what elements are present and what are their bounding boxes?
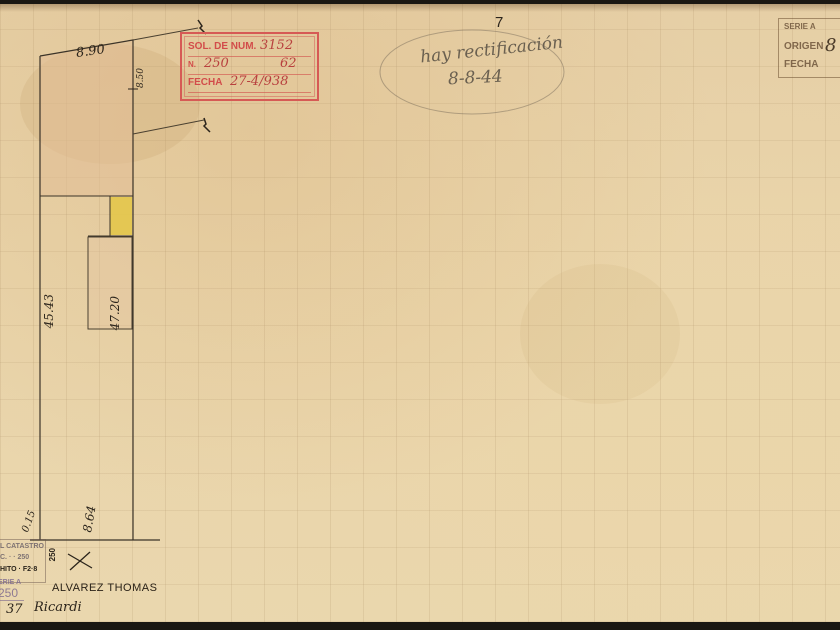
stamp-value-number: 250 <box>204 55 229 73</box>
origin-stamp-label: ORIGEN <box>784 41 823 52</box>
stamp-label-fecha: FECHA <box>188 74 222 92</box>
highlighted-lot <box>110 197 132 235</box>
street-number: 250 <box>48 548 57 561</box>
document-sheet: SOL. DE NUM. 3152 N. 250 62 FECHA 27-4/9… <box>0 4 840 622</box>
signature-number: 37 <box>6 602 23 617</box>
dimension-side-small: 8.50 <box>136 68 146 88</box>
page-number: 7 <box>495 14 503 31</box>
catastro-footer: ERIE A 250 <box>0 579 24 601</box>
catastro-stamp: L CATASTRO C. · · 250 HITO · F2·8 <box>0 539 46 583</box>
dimension-inner-depth: 47.20 <box>108 296 122 330</box>
catastro-line2: C. · · 250 <box>0 554 29 561</box>
origin-stamp-series: SERIE A <box>784 22 816 31</box>
catastro-number: 250 <box>0 586 24 601</box>
stamp-label-number: N. <box>188 56 196 74</box>
catastro-series: ERIE A <box>0 579 24 586</box>
signature-name: Ricardi <box>34 600 82 615</box>
red-registration-stamp: SOL. DE NUM. 3152 N. 250 62 FECHA 27-4/9… <box>180 32 319 101</box>
stamp-value-sol-num: 3152 <box>260 37 293 55</box>
origin-stamp-fecha: FECHA <box>784 59 818 70</box>
shaded-building-area <box>40 40 133 196</box>
stamp-label-sol-num: SOL. DE NUM. <box>188 38 256 56</box>
catastro-line1: L CATASTRO <box>0 543 44 550</box>
catastro-line3: HITO · F2·8 <box>0 566 37 573</box>
origin-stamp-value: 8 <box>825 35 836 56</box>
plot-drawing <box>0 4 840 622</box>
pencil-note-line2: 8-8-44 <box>448 67 504 90</box>
stamp-value-fecha: 27-4/938 <box>230 73 288 91</box>
origin-stamp: SERIE A ORIGEN 8 FECHA <box>778 18 840 78</box>
stamp-value-extra: 62 <box>280 55 297 73</box>
dimension-left-depth: 45.43 <box>42 294 56 328</box>
street-name: ALVAREZ THOMAS <box>52 582 157 594</box>
